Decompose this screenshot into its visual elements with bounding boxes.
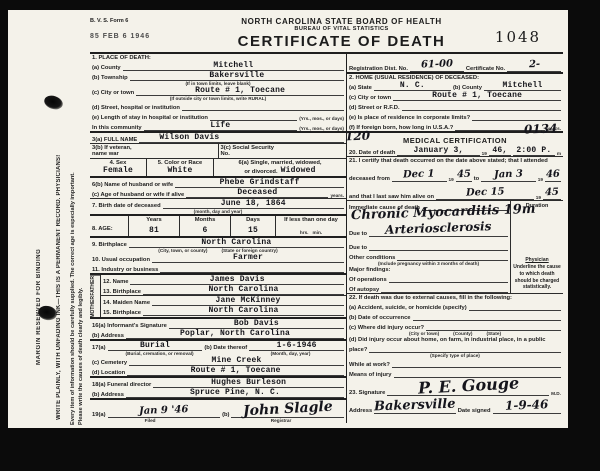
disposition-row: 17(a) Burial (b) Date thereof 1-6-1946 (… xyxy=(90,341,346,356)
form-number: B. V. S. Form 6 xyxy=(90,18,210,24)
date-year-value: 46, xyxy=(489,147,511,156)
major-findings-row: Major findings: xyxy=(347,266,510,273)
registrar-note: Registrar xyxy=(271,418,292,423)
father-side-label: FATHER xyxy=(90,275,100,296)
marital-label2: or divorced. xyxy=(244,169,277,175)
duration-label: Duration xyxy=(511,201,563,211)
birthplace-row: 9. Birthplace North Carolina (City, town… xyxy=(90,238,346,253)
certificate-number-label: Certificate No. xyxy=(466,66,505,72)
physician-address-row: Address Bakersville Date signed 1-9-46 xyxy=(347,396,563,414)
informant-address-row: (b) Address Poplar, North Carolina xyxy=(90,329,346,341)
cemetery-value: Mine Creek xyxy=(129,357,344,366)
mother-birthplace-value: North Carolina xyxy=(143,307,344,316)
due-to-line-2 xyxy=(369,242,508,251)
age-days-label: Days xyxy=(246,217,260,223)
attended-to-label: to xyxy=(474,176,479,182)
informant-address-value: Poplar, North Carolina xyxy=(126,330,344,339)
registration-district-value: 61-00 xyxy=(421,59,453,69)
age-years-value: 81 xyxy=(149,226,159,235)
from-year-hint: 19 xyxy=(449,177,454,182)
industry-row: 11. Industry or business xyxy=(90,263,346,275)
spouse-value: Phebe Grindstaff xyxy=(175,179,344,188)
community-value: Life xyxy=(144,122,298,131)
marital-value: Widowed xyxy=(281,166,316,175)
physician-note: Underline the cause to which death shoul… xyxy=(513,264,561,290)
external-heading: 22. If death was due to external causes,… xyxy=(349,295,512,301)
disposition-number-label: 17(a) xyxy=(92,345,106,351)
date-signed-line: 1-9-46 xyxy=(493,397,561,414)
spouse-age-value: Deceased xyxy=(186,189,328,198)
mother-side-label: MOTHER xyxy=(90,296,100,318)
home-city-label: (c) City or town xyxy=(349,95,391,101)
injury-place-note: (Specify type of place) xyxy=(430,353,480,358)
while-at-work-label: While at work? xyxy=(349,362,390,368)
father-name-value: James Davis xyxy=(130,276,344,285)
due-to-row-1: Due to Arteriosclerosis xyxy=(347,219,510,237)
street-blank xyxy=(182,102,344,111)
funeral-director-row: 18(a) Funeral director Hughes Burleson xyxy=(90,378,346,388)
age-min-label: min. xyxy=(312,230,322,235)
medical-certification-heading: MEDICAL CERTIFICATION xyxy=(347,133,563,146)
disposition-type-value: Burial xyxy=(108,342,203,351)
father-birthplace-value: North Carolina xyxy=(143,286,344,295)
age-row: 8. AGE: Years 81 Months 6 Days 15 If le xyxy=(90,216,346,238)
occupation-row: 10. Usual occupation Farmer xyxy=(90,253,346,263)
where-note-state: (State) xyxy=(486,331,501,336)
certify-line1: 21. I certify that death occurred on the… xyxy=(349,158,548,164)
funeral-address-label: (b) Address xyxy=(92,392,124,398)
home-street-blank xyxy=(402,102,561,111)
city-label: (c) City or town xyxy=(92,90,134,96)
duration-column: Duration Physician Underline the cause t… xyxy=(510,201,563,293)
margin-causes-note: Please write the causes of death clearly… xyxy=(78,65,84,425)
major-findings-label: Major findings: xyxy=(349,267,391,273)
last-year-line: 45 xyxy=(543,183,561,200)
where-note-city: (City or town) xyxy=(409,331,439,336)
age-label: 8. AGE: xyxy=(92,226,113,232)
full-name-label: 3(a) FULL NAME xyxy=(92,137,137,143)
date-year-hint: 19 xyxy=(482,151,487,156)
last-seen-value: Dec 15 xyxy=(465,187,504,197)
autopsy-row: Of autopsy xyxy=(347,283,510,293)
physician-address: Bakersville xyxy=(374,399,456,414)
birth-date-row: 7. Birth date of deceased June 18, 1864 … xyxy=(90,199,346,216)
attended-from-value: Dec 1 xyxy=(403,169,435,179)
age-months-value: 6 xyxy=(202,226,207,235)
informant-signature-label: 16(a) Informant's Signature xyxy=(92,323,167,329)
sex-value: Female xyxy=(103,166,133,175)
last-seen-row: and that I last saw him alive on Dec 15 … xyxy=(347,182,563,201)
certificate-title: CERTIFICATE OF DEATH xyxy=(210,33,473,50)
home-corporate-label: (e) Is place of residence in corporate l… xyxy=(349,115,470,121)
sex-race-marital-row: 4. Sex Female 5. Color or Race White 6(a… xyxy=(90,159,346,178)
birthplace-note1: (City, town, or county) xyxy=(158,248,207,253)
birth-note: (month, day and year) xyxy=(194,209,243,214)
mother-name-label: 14. Maiden Name xyxy=(103,300,150,306)
last-seen-line: Dec 15 xyxy=(436,183,534,200)
date-of-death-value: January 3, xyxy=(397,147,479,156)
where-note-county: (County) xyxy=(453,331,472,336)
from-year-line: 45 xyxy=(456,165,472,182)
disposition-type-note: (Burial, cremation, or removal) xyxy=(126,351,194,356)
certificate-number-value: 2- xyxy=(528,60,539,69)
immediate-cause-label: Immediate cause of death xyxy=(349,205,420,211)
physician-signature-row: 23. Signature P. E. Gouge M.D. xyxy=(347,378,563,396)
certify-attended-row: deceased from Dec 1 19 45 to Jan 3 19 46 xyxy=(347,164,563,182)
home-foreign-blank xyxy=(455,122,545,131)
city-note: (If outside city or town limits, write R… xyxy=(170,96,266,101)
certificate-sheet: MARGIN RESERVED FOR BINDING WRITE PLAINL… xyxy=(8,10,568,428)
age-years-label: Years xyxy=(146,217,161,223)
section-home-residence: 2. HOME (USUAL RESIDENCE) OF DECEASED: (… xyxy=(347,74,563,133)
funeral-director-label: 18(a) Funeral director xyxy=(92,382,151,388)
while-at-work-blank xyxy=(392,359,561,368)
stay-blank xyxy=(210,112,297,121)
race-value: White xyxy=(167,166,192,175)
birthplace-value: North Carolina xyxy=(129,239,344,248)
full-name-value: Wilson Davis xyxy=(139,134,344,143)
physician-address-line: Bakersville xyxy=(374,397,456,414)
right-column: Registration Dist. No. 61-00 Certificate… xyxy=(347,54,563,423)
board-name: NORTH CAROLINA STATE BOARD OF HEALTH xyxy=(210,17,473,26)
cemetery-location-row: (d) Location Route # 1, Toecane xyxy=(90,366,346,378)
age-hrs-label: hrs. xyxy=(300,230,309,235)
external-causes-block: 22. If death was due to external causes,… xyxy=(347,294,563,378)
section-place-of-death: 1. PLACE OF DEATH: (a) County Mitchell (… xyxy=(90,54,346,133)
physician-instruction: Physician Underline the cause to which d… xyxy=(511,255,563,293)
received-date-stamp: 85 FEB 6 1946 xyxy=(90,33,210,40)
form-header: B. V. S. Form 6 85 FEB 6 1946 NORTH CARO… xyxy=(90,14,563,54)
spouse-row: 6(b) Name of husband or wife Phebe Grind… xyxy=(90,178,346,188)
informant-address-label: (b) Address xyxy=(92,333,124,339)
operations-row: Of operations xyxy=(347,273,510,283)
home-street-label: (d) Street or R.F.D. xyxy=(349,105,400,111)
county-label: (a) County xyxy=(92,65,121,71)
stay-label: (e) Length of stay in hospital or instit… xyxy=(92,115,208,121)
margin-binding-note: MARGIN RESERVED FOR BINDING xyxy=(36,135,42,365)
means-of-injury-label: Means of injury xyxy=(349,372,392,378)
accident-label: (a) Accident, suicide, or homicide (spec… xyxy=(349,305,467,311)
father-birthplace-label: 13. Birthplace xyxy=(103,289,141,295)
due-to-row-2: Due to xyxy=(347,241,510,251)
spouse-age-unit: years. xyxy=(330,193,344,198)
filing-row: 19(a) Jan 9 '46 (b) John Slagle xyxy=(90,400,346,418)
date-signed-value: 1-9-46 xyxy=(505,399,549,411)
attended-from-label: deceased from xyxy=(349,176,390,182)
filing-number-label: 19(a) xyxy=(92,412,106,418)
due-to-label-2: Due to xyxy=(349,245,367,251)
home-state-label: (a) State xyxy=(349,85,372,91)
physician-title: Physician xyxy=(512,257,562,264)
stay-note: (Yrs., mos., or days) xyxy=(299,116,344,121)
occurrence-blank xyxy=(413,312,561,321)
other-conditions-line xyxy=(397,252,508,261)
injury-place-blank xyxy=(369,344,561,353)
due-to-line-1: Arteriosclerosis xyxy=(369,220,508,237)
serial-number: 1048 xyxy=(473,28,563,46)
industry-blank xyxy=(160,264,344,273)
home-state-value: N. C. xyxy=(374,82,451,91)
registration-row: Registration Dist. No. 61-00 Certificate… xyxy=(347,54,563,74)
funeral-address-row: (b) Address Spruce Pine, N. C. xyxy=(90,388,346,400)
birth-label: 7. Birth date of deceased xyxy=(92,203,161,209)
physician-address-label: Address xyxy=(349,408,372,414)
city-value: Route # 1, Toecane xyxy=(136,87,344,96)
cause-of-death-block: Immediate cause of death Chronic Myocard… xyxy=(347,201,563,294)
community-label: In this community xyxy=(92,125,142,131)
certificate-number-line: 2- xyxy=(507,55,561,72)
attended-to-line: Jan 3 xyxy=(481,165,536,182)
attended-to-value: Jan 3 xyxy=(494,169,523,179)
home-foreign-unit: years. xyxy=(547,126,561,131)
registration-district-line: 61-00 xyxy=(410,55,464,72)
ssn-label2: No. xyxy=(221,151,345,157)
due-to-label-1: Due to xyxy=(349,231,367,237)
bureau-name: BUREAU OF VITAL STATISTICS xyxy=(210,26,473,32)
injury-place-line2: place? xyxy=(349,347,367,353)
date-time-value: 2:00 P. xyxy=(513,147,555,156)
occurrence-label: (b) Date of occurrence xyxy=(349,315,411,321)
home-corporate-blank xyxy=(472,112,561,121)
date-m-label: m xyxy=(557,151,561,156)
physician-signature-line: P. E. Gouge xyxy=(387,379,549,396)
spouse-age-label: (c) Age of husband or wife if alive xyxy=(92,192,184,198)
home-foreign-label: (f) If foreign born, how long in U.S.A.? xyxy=(349,125,453,131)
md-suffix: M.D. xyxy=(551,391,561,396)
street-label: (d) Street, hospital or institution xyxy=(92,105,180,111)
injury-place-line1: (d) Did injury occur about home, on farm… xyxy=(349,337,545,343)
mother-name-value: Jane McKinney xyxy=(152,297,344,306)
physician-signature: P. E. Gouge xyxy=(417,376,519,396)
age-days-value: 15 xyxy=(248,226,258,235)
cemetery-row: (c) Cemetery Mine Creek xyxy=(90,356,346,366)
registrar-line: John Slagle xyxy=(231,401,344,418)
home-city-value: Route # 1, Toecane xyxy=(393,92,561,101)
community-note: (Yrs., mos., or days) xyxy=(299,126,344,131)
margin-every-item-note: Every item of information should be care… xyxy=(70,45,76,425)
age-months-label: Months xyxy=(195,217,216,223)
last-year-value: 45 xyxy=(545,188,559,197)
place-heading: 1. PLACE OF DEATH: xyxy=(92,55,151,61)
birth-value: June 18, 1864 xyxy=(163,200,344,209)
registration-district-label: Registration Dist. No. xyxy=(349,66,408,72)
left-column: 1. PLACE OF DEATH: (a) County Mitchell (… xyxy=(90,54,347,423)
informant-signature-value: Bob Davis xyxy=(169,320,344,329)
occupation-value: Farmer xyxy=(152,254,344,263)
township-label: (b) Township xyxy=(92,75,128,81)
from-year-value: 45 xyxy=(457,170,471,179)
industry-label: 11. Industry or business xyxy=(92,267,158,273)
operations-label: Of operations xyxy=(349,277,387,283)
registrar-signature: John Slagle xyxy=(243,401,333,418)
parents-block: FATHER MOTHER 12. Name James Davis 13. B… xyxy=(90,275,346,319)
father-name-label: 12. Name xyxy=(103,279,128,285)
disposition-date-value: 1-6-1946 xyxy=(249,342,344,351)
to-year-value: 46 xyxy=(546,170,560,179)
to-year-line: 46 xyxy=(545,165,561,182)
section-medical-certification: MEDICAL CERTIFICATION 120 20. Date of de… xyxy=(347,133,563,414)
immediate-cause-line xyxy=(422,202,508,211)
occupation-label: 10. Usual occupation xyxy=(92,257,150,263)
due-to-value-1: Arteriosclerosis xyxy=(385,221,492,236)
to-year-hint: 19 xyxy=(538,177,543,182)
funeral-director-value: Hughes Burleson xyxy=(153,379,344,388)
accident-blank xyxy=(469,302,561,311)
filed-note: Filed xyxy=(145,418,156,423)
filing-date-line: Jan 9 '46 xyxy=(108,401,221,418)
funeral-address-value: Spruce Pine, N. C. xyxy=(126,389,344,398)
spouse-age-row: (c) Age of husband or wife if alive Dece… xyxy=(90,188,346,199)
full-name-row: 3(a) FULL NAME Wilson Davis xyxy=(90,133,346,144)
attended-from-line: Dec 1 xyxy=(392,165,447,182)
spouse-label: 6(b) Name of husband or wife xyxy=(92,182,173,188)
cemetery-location-value: Route # 1, Toecane xyxy=(127,367,344,376)
other-conditions-note: (Include pregnancy within 3 months of de… xyxy=(378,261,479,266)
operations-line xyxy=(389,274,508,283)
home-county-value: Mitchell xyxy=(484,82,561,91)
last-seen-label: and that I last saw him alive on xyxy=(349,194,434,200)
where-blank xyxy=(426,322,561,331)
autopsy-line xyxy=(381,284,508,293)
certificate-form: B. V. S. Form 6 85 FEB 6 1946 NORTH CARO… xyxy=(90,14,563,424)
autopsy-label: Of autopsy xyxy=(349,287,379,293)
filed-date-handwriting: Jan 9 '46 xyxy=(139,405,189,416)
birthplace-label: 9. Birthplace xyxy=(92,242,127,248)
disposition-date-note: (Month, day, year) xyxy=(271,351,311,356)
cemetery-label: (c) Cemetery xyxy=(92,360,127,366)
filing-b-label: (b) xyxy=(222,412,229,418)
other-conditions-row: Other conditions xyxy=(347,251,510,261)
informant-signature-row: 16(a) Informant's Signature Bob Davis xyxy=(90,319,346,329)
cemetery-location-label: (d) Location xyxy=(92,370,125,376)
township-value: Bakersville xyxy=(130,72,344,81)
last-year-hint: 19 xyxy=(536,195,541,200)
mother-birthplace-label: 15. Birthplace xyxy=(103,310,141,316)
date-signed-label: Date signed xyxy=(458,408,491,414)
age-less-label: If less than one day xyxy=(284,217,338,223)
date-of-death-label: 20. Date of death xyxy=(349,150,395,156)
county-value: Mitchell xyxy=(123,62,344,71)
veteran-ssn-row: 3(b) If veteran, name war 3(c) Social Se… xyxy=(90,144,346,159)
disposition-date-label: (b) Date thereof xyxy=(204,345,247,351)
date-of-death-row: 20. Date of death January 3, 19 46, 2:00… xyxy=(347,146,563,157)
veteran-label2: name war xyxy=(92,151,216,157)
physician-signature-label: 23. Signature xyxy=(349,390,385,396)
